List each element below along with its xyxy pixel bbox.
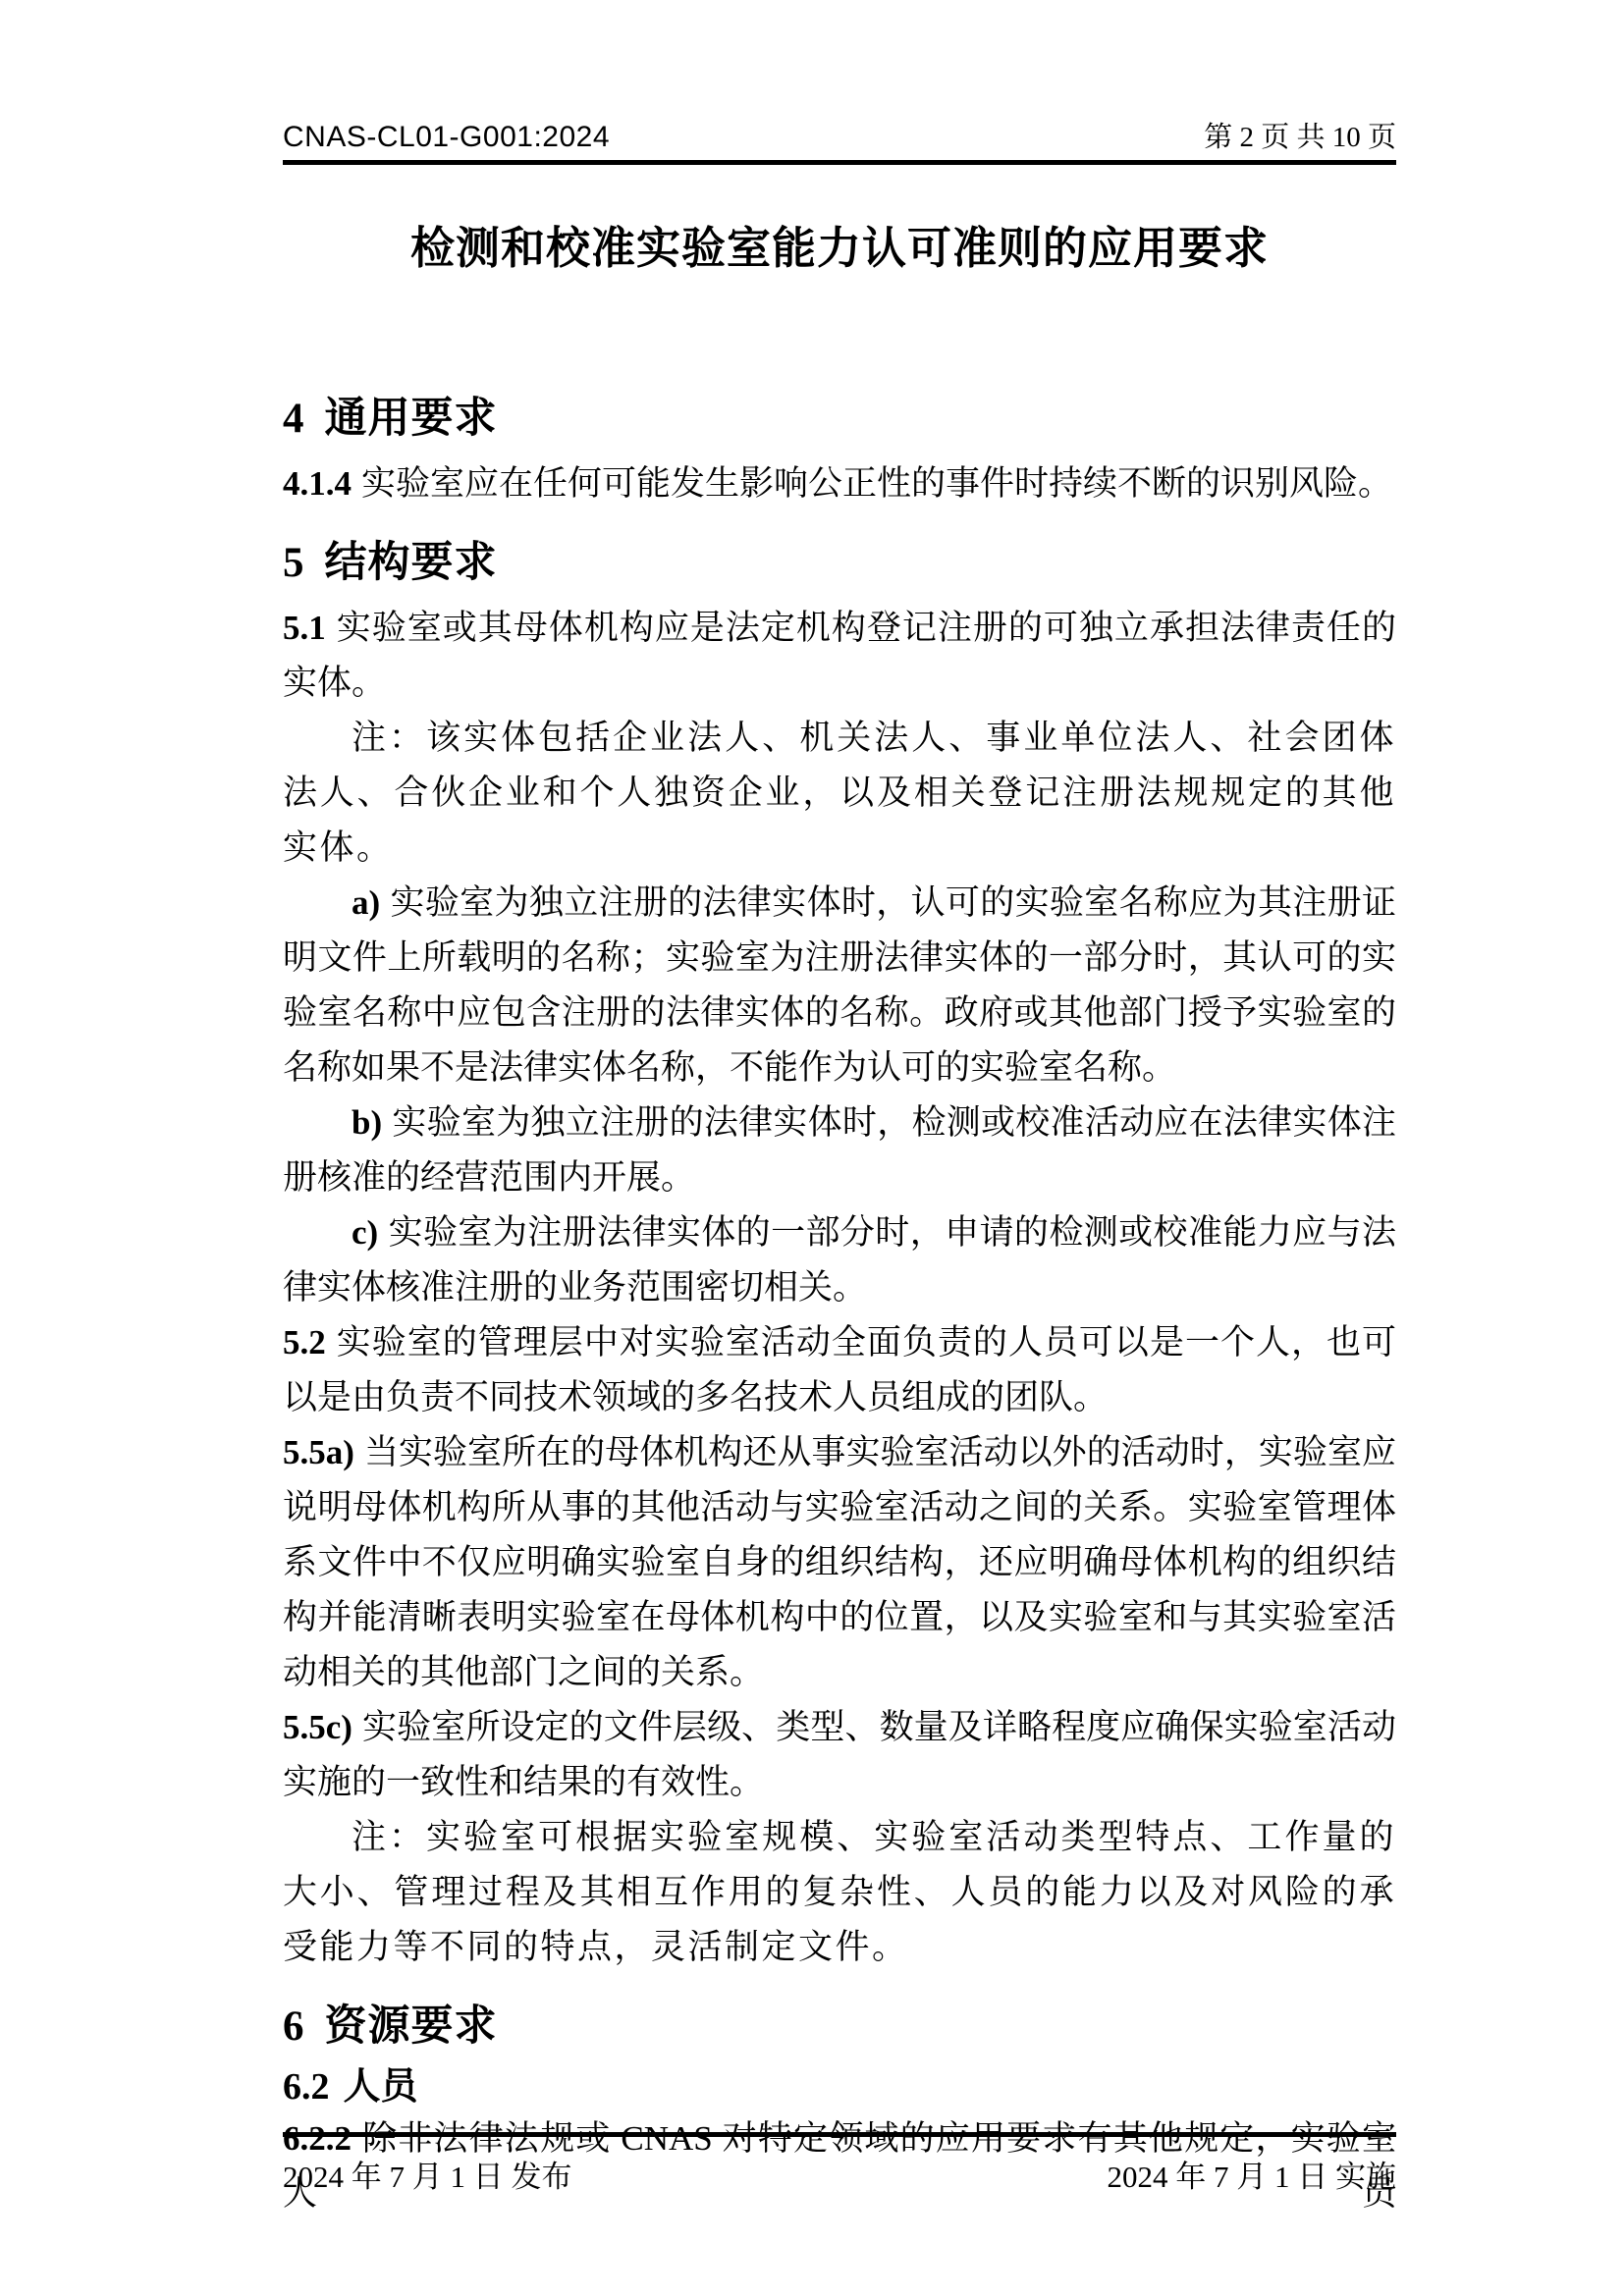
clause-text: 实验室的管理层中对实验室活动全面负责的人员可以是一个人，也可以是由负责不同技术领… (283, 1323, 1396, 1416)
document-body: 检测和校准实验室能力认可准则的应用要求 4通用要求 4.1.4实验室应在任何可能… (283, 0, 1396, 2221)
item-letter: a) (352, 883, 380, 922)
subsection-number: 6.2 (283, 2066, 330, 2108)
section-title: 资源要求 (325, 2002, 498, 2050)
subsection-heading-6-2: 6.2人员 (283, 2064, 1396, 2109)
item-letter: b) (352, 1103, 382, 1142)
clause-number: 4.1.4 (283, 464, 352, 503)
section-number: 5 (283, 540, 305, 586)
item-text: 实验室为注册法律实体的一部分时，申请的检测或校准能力应与法律实体核准注册的业务范… (283, 1213, 1396, 1307)
paragraph-5-1: 5.1实验室或其母体机构应是法定机构登记注册的可独立承担法律责任的实体。 (283, 601, 1396, 711)
item-text: 实验室为独立注册的法律实体时，认可的实验室名称应为其注册证明文件上所载明的名称；… (283, 883, 1396, 1087)
section-heading-6: 6资源要求 (283, 2001, 1396, 2053)
item-text: 实验室为独立注册的法律实体时，检测或校准活动应在法律实体注册核准的经营范围内开展… (283, 1103, 1396, 1197)
implementation-date: 2024 年 7 月 1 日 实施 (1108, 2158, 1397, 2197)
note-paragraph-5-1: 注：该实体包括企业法人、机关法人、事业单位法人、社会团体法人、合伙企业和个人独资… (283, 711, 1396, 876)
section-title: 结构要求 (325, 539, 498, 586)
clause-text: 实验室应在任何可能发生影响公正性的事件时持续不断的识别风险。 (361, 464, 1392, 503)
clause-text: 实验室或其母体机构应是法定机构登记注册的可独立承担法律责任的实体。 (283, 609, 1396, 702)
document-page: CNAS-CL01-G001:2024 第 2 页 共 10 页 检测和校准实验… (0, 0, 1624, 2296)
list-item-b: b)实验室为独立注册的法律实体时，检测或校准活动应在法律实体注册核准的经营范围内… (283, 1095, 1396, 1205)
section-title: 通用要求 (325, 395, 498, 442)
paragraph-5-2: 5.2实验室的管理层中对实验室活动全面负责的人员可以是一个人，也可以是由负责不同… (283, 1315, 1396, 1425)
clause-number: 5.5c) (283, 1708, 352, 1746)
clause-text: 当实验室所在的母体机构还从事实验室活动以外的活动时，实验室应说明母体机构所从事的… (283, 1433, 1396, 1691)
subsection-title: 人员 (344, 2066, 418, 2108)
section-heading-5: 5结构要求 (283, 537, 1396, 589)
paragraph-4-1-4: 4.1.4实验室应在任何可能发生影响公正性的事件时持续不断的识别风险。 (283, 456, 1396, 511)
clause-number: 5.5a) (283, 1433, 354, 1471)
section-heading-4: 4通用要求 (283, 393, 1396, 445)
section-number: 4 (283, 396, 305, 442)
list-item-c: c)实验室为注册法律实体的一部分时，申请的检测或校准能力应与法律实体核准注册的业… (283, 1205, 1396, 1315)
item-letter: c) (352, 1213, 378, 1252)
clause-number: 5.2 (283, 1323, 326, 1362)
clause-number: 6.2.2 (283, 2119, 352, 2158)
list-item-a: a)实验室为独立注册的法律实体时，认可的实验室名称应为其注册证明文件上所载明的名… (283, 876, 1396, 1095)
paragraph-5-5a: 5.5a)当实验室所在的母体机构还从事实验室活动以外的活动时，实验室应说明母体机… (283, 1425, 1396, 1700)
document-title: 检测和校准实验室能力认可准则的应用要求 (283, 220, 1396, 277)
release-date: 2024 年 7 月 1 日 发布 (283, 2158, 572, 2197)
section-number: 6 (283, 2003, 305, 2050)
clause-number: 5.1 (283, 609, 326, 647)
clause-text: 实验室所设定的文件层级、类型、数量及详略程度应确保实验室活动实施的一致性和结果的… (283, 1708, 1396, 1801)
paragraph-5-5c: 5.5c)实验室所设定的文件层级、类型、数量及详略程度应确保实验室活动实施的一致… (283, 1700, 1396, 1810)
note-paragraph-5-5c: 注：实验室可根据实验室规模、实验室活动类型特点、工作量的大小、管理过程及其相互作… (283, 1810, 1396, 1975)
footer-rule (283, 2132, 1396, 2137)
page-footer: 2024 年 7 月 1 日 发布 2024 年 7 月 1 日 实施 (283, 2158, 1396, 2197)
